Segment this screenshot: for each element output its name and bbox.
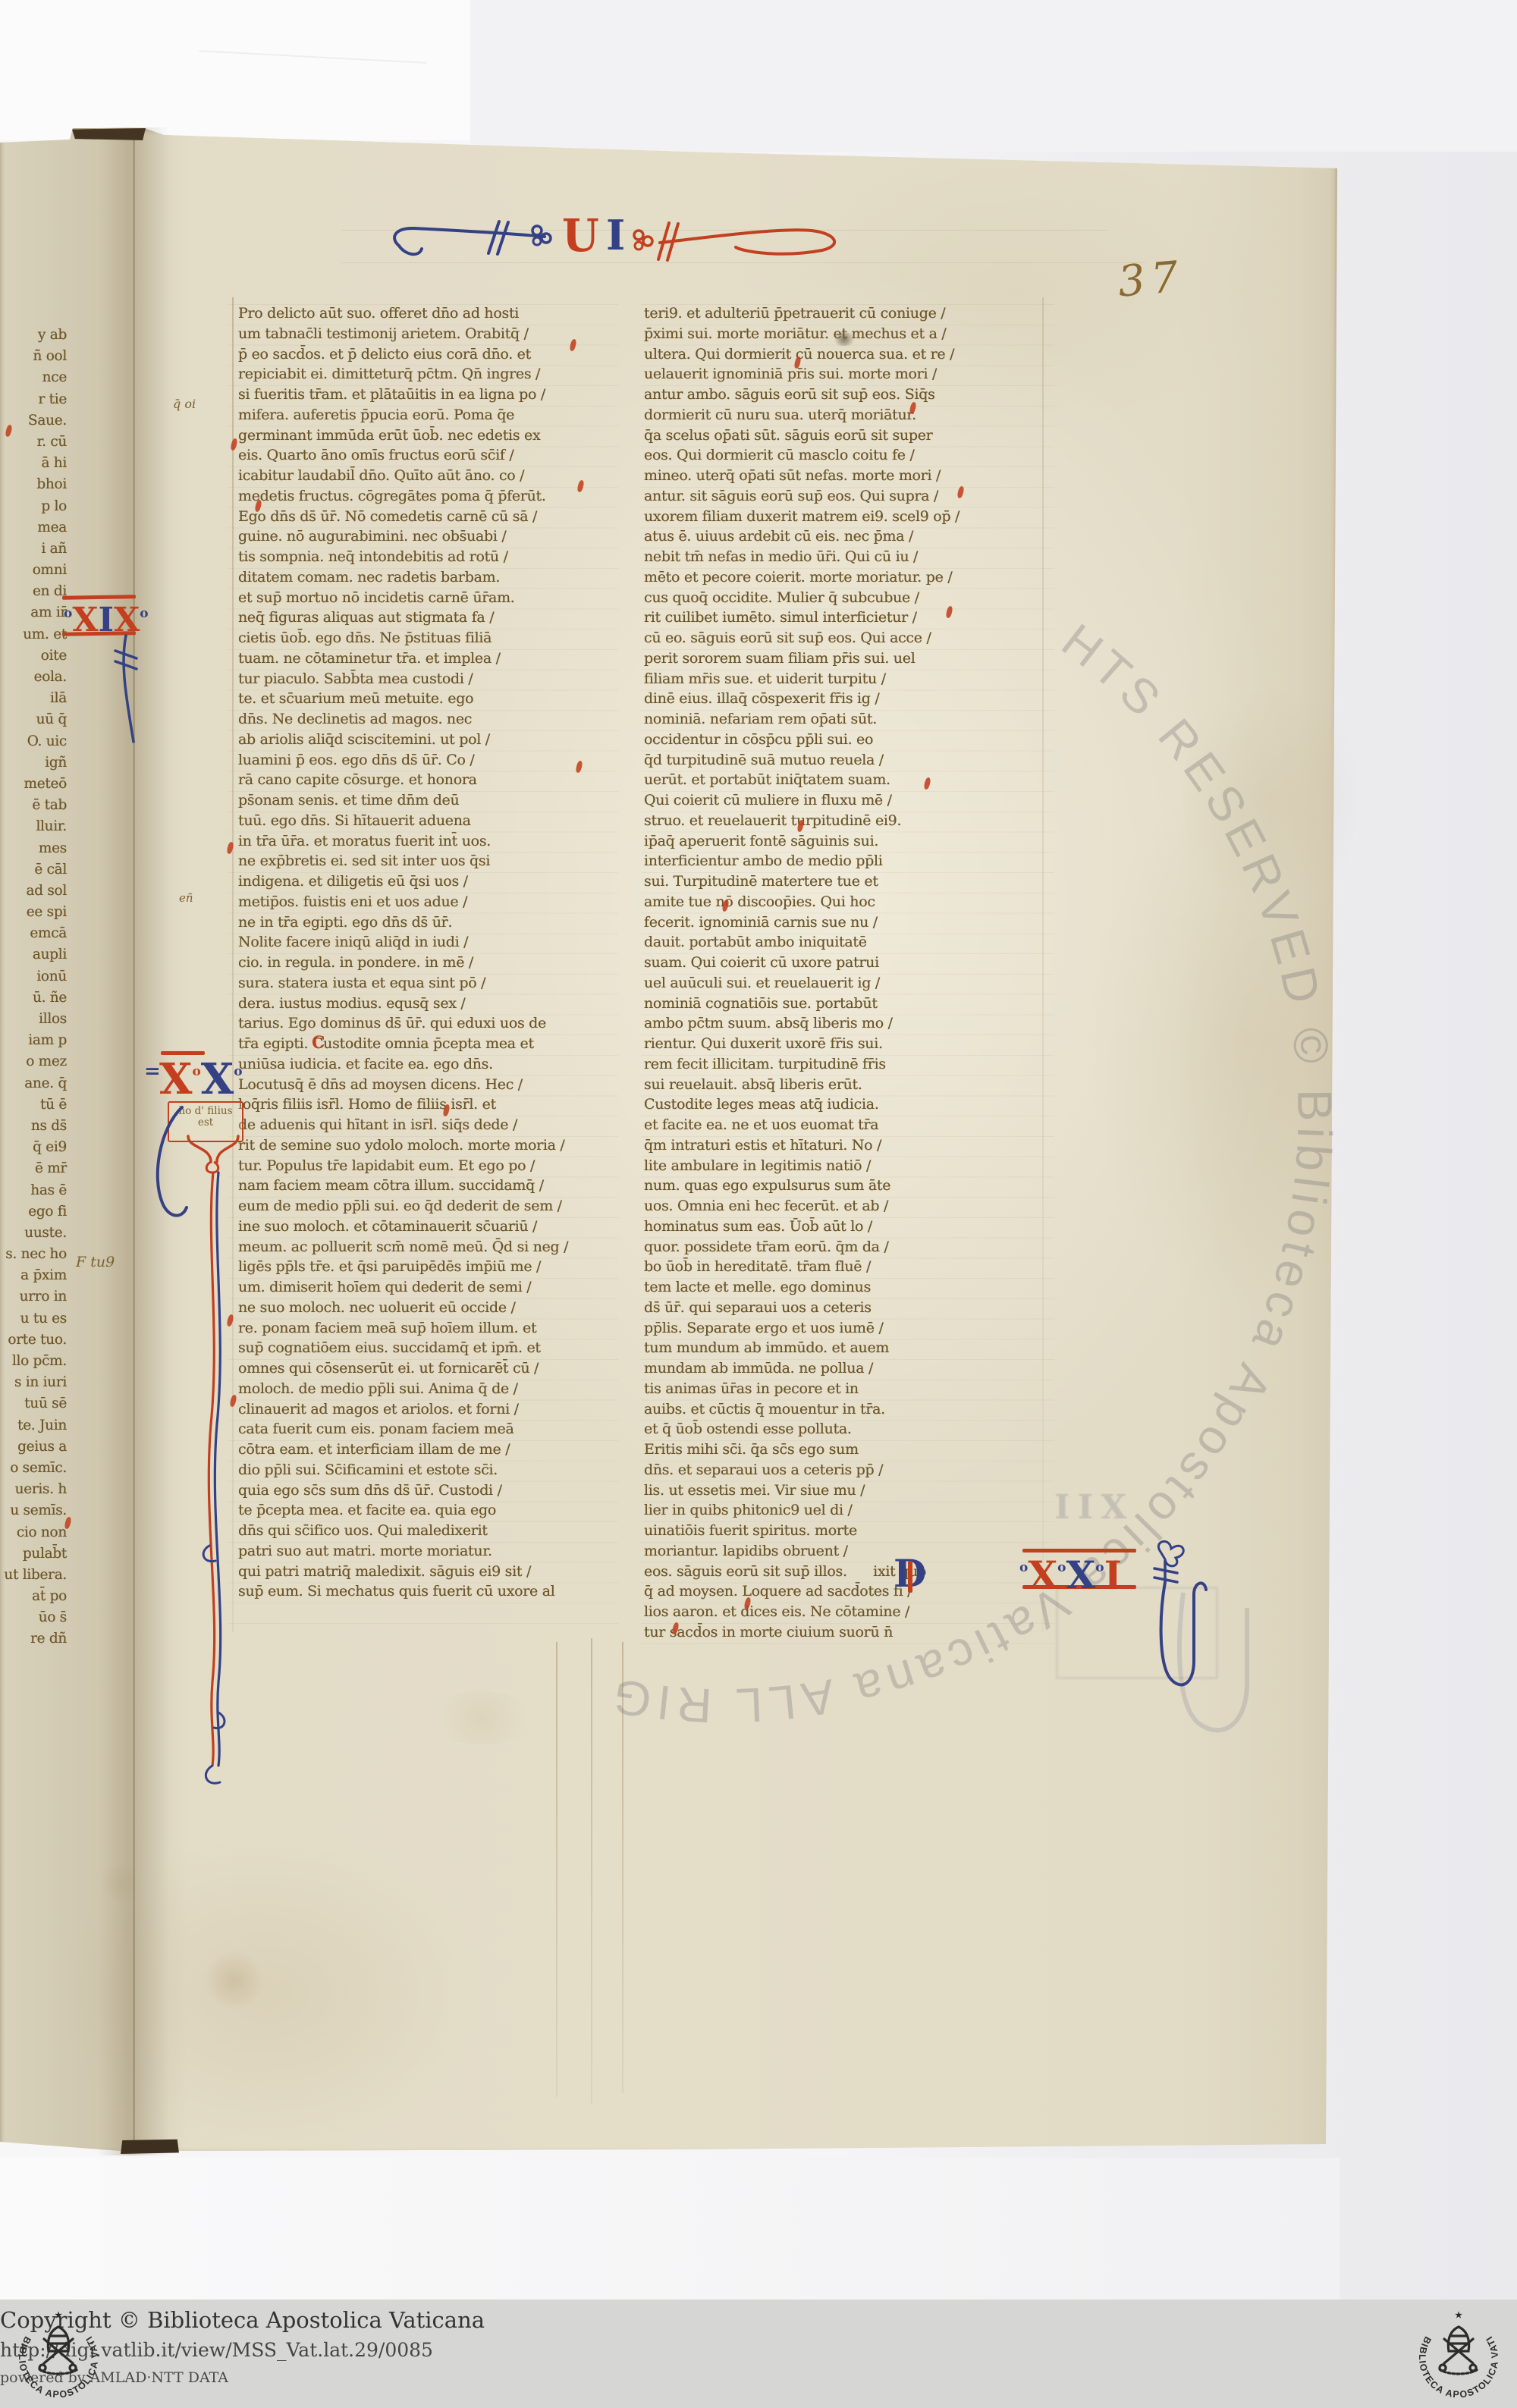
footer-powered-text: powered by AMLAD·NTT DATA xyxy=(0,2369,1517,2386)
footer-copyright-text: Copyright © Biblioteca Apostolica Vatica… xyxy=(0,2307,1517,2333)
text-line: perit sororem suam filiam pr̄is sui. uel xyxy=(644,648,1038,669)
fragment-line: en di xyxy=(0,581,67,602)
text-line: nebit tm̄ nefas in medio ūr̄i. Qui cū iu… xyxy=(644,547,1038,567)
text-line: tuū. ego dn̄s. Si hītauerit aduena xyxy=(238,811,611,831)
fragment-line: uū q̄ xyxy=(0,709,67,730)
text-line: ab ariolis aliq̄d sciscitemini. ut pol / xyxy=(238,730,611,750)
text-line: ds̄ ūr̄. qui separaui uos a ceteris xyxy=(644,1298,1038,1318)
fragment-line: mes xyxy=(0,838,67,859)
fragment-line: pulab̄t xyxy=(0,1543,67,1565)
text-line: dera. iustus modius. equsq̄ sex / xyxy=(238,994,611,1014)
text-line: tum mundum ab immūdo. et auem xyxy=(644,1338,1038,1358)
flourish-dot: o xyxy=(64,606,72,621)
chapter-letter: X xyxy=(1066,1556,1095,1594)
fragment-line: cio non xyxy=(0,1522,67,1543)
text-line: antur. sit sāguis eorū sup̄ eos. Qui sup… xyxy=(644,486,1038,507)
scan-background-top xyxy=(0,0,471,140)
text-line: sura. statera iusta et equa sint pō / xyxy=(238,973,611,994)
text-line: quia ego sc̄s sum dn̄s ds̄ ūr̄. Custodi … xyxy=(238,1480,611,1501)
previous-page-fragments: y abñ oolncer tieSaue.r. cūā hibhoip lom… xyxy=(0,325,67,1650)
fragment-line: r tie xyxy=(0,389,67,410)
text-line: num. quas ego expulsurus sum āte xyxy=(644,1176,1038,1196)
scan-background-bottom xyxy=(0,2158,1340,2302)
text-line: clinauerit ad magos et ariolos. et forni… xyxy=(238,1399,611,1420)
text-line: q̄a scelus op̄ati sūt. sāguis eorū sit s… xyxy=(644,425,1038,446)
text-line: tur piaculo. Sabb̄ta mea custodi / xyxy=(238,669,611,689)
fragment-line: u tu es xyxy=(0,1308,67,1330)
left-text-column: Pro delicto aūt suo. offeret dn̄o ad hos… xyxy=(238,303,611,1602)
fragment-line: meteō xyxy=(0,774,67,795)
gutter-crease xyxy=(133,137,135,2146)
text-line: dio pp̄li sui. Sc̄ificamini et estote sc… xyxy=(238,1460,611,1480)
fragment-line: u semīs. xyxy=(0,1500,67,1521)
fragment-line: um. et xyxy=(0,624,67,645)
scan-background-top-right xyxy=(470,0,1517,152)
text-line: re. ponam faciem meā sup̄ hoīem illum. e… xyxy=(238,1318,611,1339)
text-line: te. et sc̄uarium meū metuite. ego xyxy=(238,689,611,709)
text-line: eos. Qui dormierit cū masclo coitu fe / xyxy=(644,445,1038,466)
text-line: et sup̄ mortuo nō incidetis carnē ūr̄am. xyxy=(238,588,611,608)
fragment-line: o mez xyxy=(0,1051,67,1072)
parchment-stain xyxy=(1183,667,1358,925)
flourish-hash: = xyxy=(144,1060,161,1083)
text-line: tuam. ne cōtaminetur tr̄a. et implea / xyxy=(238,648,611,669)
fragment-line: O. uic xyxy=(0,731,67,752)
text-line: neq̄ figuras aliquas aut stigmata fa / xyxy=(238,607,611,628)
text-line: lios aaron. et dices eis. Ne cōtamine / xyxy=(644,1602,1038,1622)
fragment-line: o semīc. xyxy=(0,1458,67,1479)
fragment-line: s in iuri xyxy=(0,1372,67,1393)
text-line: atus ē. uiuus ardebit cū eis. nec p̄ma / xyxy=(644,526,1038,547)
initial-d-red-stroke xyxy=(908,1561,912,1593)
text-line: dauit. portabūt ambo iniquitatē xyxy=(644,932,1038,953)
text-line: q̄ ad moysen. Loquere ad sacd̄otes fi / xyxy=(644,1581,1038,1602)
chapter-xxi-flourish xyxy=(1144,1541,1212,1693)
text-line: ultera. Qui dormierit cū nouerca sua. et… xyxy=(644,344,1038,365)
fragment-line: oite xyxy=(0,645,67,667)
fragment-line: y ab xyxy=(0,325,67,346)
fragment-line: a p̄xim xyxy=(0,1265,67,1286)
running-title-flourish-left xyxy=(388,218,564,267)
text-line: eis. Quarto āno omīs fructus eorū sc̄if … xyxy=(238,445,611,466)
text-line: p̄ximi sui. morte moriātur. et mechus et… xyxy=(644,324,1038,344)
marginal-gloss: q̄ oi xyxy=(173,397,196,411)
right-text-column: teri9. et adulteriū p̄petrauerit cū coni… xyxy=(644,303,1038,1662)
chapter-marker-xxi: oXoXoI xyxy=(1019,1549,1122,1594)
text-line: uinatiōis fuerit spiritus. morte xyxy=(644,1521,1038,1541)
fragment-line: nce xyxy=(0,367,67,388)
text-line: ne exp̄bretis ei. sed sit inter uos q̄si xyxy=(238,851,611,871)
text-line: indigena. et diligetis eū q̄si uos / xyxy=(238,871,611,892)
text-line: mineo. uterq̄ op̄ati sūt nefas. morte mo… xyxy=(644,466,1038,486)
text-line: ambo pc̄tm suum. absq̄ liberis mo / xyxy=(644,1013,1038,1034)
chapter-letter: X xyxy=(1028,1556,1057,1594)
text-line: Pro delicto aūt suo. offeret dn̄o ad hos… xyxy=(238,303,611,324)
fragment-line: ā hi xyxy=(0,453,67,474)
svg-text:★: ★ xyxy=(55,2311,62,2320)
text-line: Nolite facere iniqū aliq̄d in iudi / xyxy=(238,932,611,953)
text-line: Qui coierit cū muliere in fluxu mē / xyxy=(644,790,1038,811)
text-line: lis. ut essetis mei. Vir siue mu / xyxy=(644,1480,1038,1501)
flourish-dot: o xyxy=(140,606,148,621)
text-line: sui reuelauit. absq̄ liberis erūt. xyxy=(644,1075,1038,1095)
fragment-line: am ir̄ xyxy=(0,602,67,623)
running-title-letter-u: U xyxy=(562,209,599,262)
chapter-marker-xix: oXIXo xyxy=(64,596,149,638)
text-line: tis sompnia. neq̄ intondebitis ad rotū / xyxy=(238,547,611,567)
text-line: cus quoq̄ occidite. Mulier q̄ subcubue / xyxy=(644,588,1038,608)
text-line: qui patri matriq̄ maledixit. sāguis ei9 … xyxy=(238,1562,611,1582)
text-line: dn̄s qui sc̄ifico uos. Qui maledixerit xyxy=(238,1521,611,1541)
text-line: nominiā cognatiōis sue. portabūt xyxy=(644,994,1038,1014)
text-line: quor. possidete tr̄am eorū. q̄m da / xyxy=(644,1237,1038,1257)
fragment-line: llo pc̄m. xyxy=(0,1351,67,1372)
fragment-line: omni xyxy=(0,560,67,581)
text-line: nam faciem meam cōtra illum. succidamq̄ … xyxy=(238,1176,611,1196)
text-line: ligēs pp̄ls tr̄e. et q̄si paruipēdēs imp… xyxy=(238,1257,611,1277)
text-line: suam. Qui coierit cū uxore patrui xyxy=(644,953,1038,973)
text-line: si fueritis tr̄am. et plātaūitis in ea l… xyxy=(238,385,611,405)
fragment-line: q̄ ei9 xyxy=(0,1137,67,1158)
flourish-dot: o xyxy=(192,1064,200,1079)
fragment-line: s. nec ho xyxy=(0,1244,67,1265)
fragment-line: re dñ xyxy=(0,1628,67,1650)
text-line: tur. Populus tr̄e lapidabit eum. Et ego … xyxy=(238,1156,611,1176)
fragment-line: urro in xyxy=(0,1286,67,1308)
fragment-line: at̄ po xyxy=(0,1586,67,1607)
text-line: q̄m intraturi estis et hītaturi. No / xyxy=(644,1135,1038,1156)
fragment-line: ūo s̄ xyxy=(0,1607,67,1628)
text-line: luamini p̄ eos. ego dn̄s ds̄ ūr̄. Co / xyxy=(238,750,611,771)
text-line: dinē eius. illaq̄ cōspexerit fr̄is ig / xyxy=(644,689,1038,709)
text-line: metip̄os. fuistis eni et uos adue / xyxy=(238,892,611,912)
text-line: meum. ac polluerit scm̄ nomē meū. Q̄d si… xyxy=(238,1237,611,1257)
text-line: auibs. et cūctis q̄ mouentur in tr̄a. xyxy=(644,1399,1038,1420)
text-line: mēto et pecore coierit. morte moriatur. … xyxy=(644,567,1038,588)
text-line: Eritis mihi sc̄i. q̄a sc̄s ego sum xyxy=(644,1439,1038,1460)
text-line: germinant immūda erūt ūob̄. nec edetis e… xyxy=(238,425,611,446)
text-line: mifera. auferetis p̄pucia eorū. Poma q̄e xyxy=(238,405,611,425)
text-line: struo. et reuelauerit turpitudinē ei9. xyxy=(644,811,1038,831)
text-line: antur ambo. sāguis eorū sit sup̄ eos. Si… xyxy=(644,385,1038,405)
text-line: de aduenis qui hītant in isr̄l. siq̄s de… xyxy=(238,1115,611,1135)
fragment-line: ē tab xyxy=(0,795,67,816)
text-line: et q̄ ūob̄ ostendi esse polluta. xyxy=(644,1419,1038,1439)
fragment-line: ñ ool xyxy=(0,346,67,367)
text-line: mundam ab immūda. ne pollua / xyxy=(644,1358,1038,1379)
text-line: loq̄ris filiis isr̄l. Homo de filiis isr… xyxy=(238,1094,611,1115)
text-line: moloch. de medio pp̄li sui. Anima q̄ de … xyxy=(238,1379,611,1399)
text-line: Custodite leges meas atq̄ iudicia. xyxy=(644,1094,1038,1115)
text-line: omnes qui cōsenserūt ei. ut fornicarēt̄ … xyxy=(238,1358,611,1379)
fragment-line: uuste. xyxy=(0,1223,67,1244)
text-line: in tr̄a ūr̄a. et moratus fuerit int̄ uos… xyxy=(238,831,611,852)
text-line: cio. in regula. in pondere. in mē / xyxy=(238,953,611,973)
chapter-xix-flourish xyxy=(115,636,146,749)
text-line: ditatem comam. nec radetis barbam. xyxy=(238,567,611,588)
chapter-letter: X xyxy=(201,1057,234,1101)
text-line: uel auūculi sui. et reuelauerit ig / xyxy=(644,973,1038,994)
parchment-stain xyxy=(97,1864,143,1902)
flourish-dot: o xyxy=(1057,1560,1066,1575)
fragment-line: ilā xyxy=(0,688,67,709)
text-line: ine suo moloch. et cōtaminauerit sc̄uari… xyxy=(238,1217,611,1237)
chapter-letter: X xyxy=(72,603,98,638)
text-line: ps̄onam senis. et time dn̄m deū xyxy=(238,790,611,811)
parchment-stain xyxy=(425,1691,539,1744)
text-line: ne suo moloch. nec uoluerit eū occide / xyxy=(238,1298,611,1318)
fragment-line: ut libera. xyxy=(0,1565,67,1586)
text-line: tur sacd̄os in morte ciuium suorū n̄ xyxy=(644,1622,1038,1643)
vatican-library-logo-left: BIBLIOTECA APOSTOLICA VATICANA ★ xyxy=(9,2303,108,2403)
vatican-library-logo-right: BIBLIOTECA APOSTOLICA VATICANA ★ xyxy=(1409,2303,1508,2403)
fragment-line: ueris. h xyxy=(0,1479,67,1500)
ruling-line xyxy=(622,1642,623,2093)
chapter-letter: X xyxy=(114,603,140,638)
text-line: uelauerit ignominiā pr̄is sui. morte mor… xyxy=(644,364,1038,385)
flourish-dot: o xyxy=(1019,1560,1028,1575)
fragment-line: illos xyxy=(0,1009,67,1030)
text-line: sup̄ eum. Si mechatus quis fuerit cū uxo… xyxy=(238,1581,611,1602)
text-line: patri suo aut matri. morte moriatur. xyxy=(238,1541,611,1562)
fragment-line: eola. xyxy=(0,667,67,688)
running-title-flourish-right xyxy=(630,217,850,270)
text-line: uos. Omnia eni hec fecerūt. et ab / xyxy=(644,1196,1038,1217)
fragment-line: orte tuo. xyxy=(0,1330,67,1351)
text-line: rem fecit illicitam. turpitudinē fr̄is xyxy=(644,1054,1038,1075)
text-line xyxy=(644,1643,1038,1663)
fragment-line: ns ds̄ xyxy=(0,1116,67,1137)
text-line: rientur. Qui duxerit uxorē fr̄is sui. xyxy=(644,1034,1038,1054)
text-line: repiciabit ei. dimitteturq̄ pc̄tm. Qn̄ i… xyxy=(238,364,611,385)
text-line: te p̄cepta mea. et facite ea. quia ego xyxy=(238,1500,611,1521)
scan-viewport: HTS RESERVED © Biblioteca Apostolica Vat… xyxy=(0,0,1517,2408)
fragment-line: tuū sē xyxy=(0,1393,67,1414)
fragment-line: ū. ñe xyxy=(0,987,67,1009)
fragment-line: ee spi xyxy=(0,902,67,923)
svg-text:★: ★ xyxy=(1455,2311,1462,2320)
text-line: uerūt. et portabūt iniq̄tatem suam. xyxy=(644,770,1038,790)
text-line: um tabnac̄li testimonij arietem. Orabitq… xyxy=(238,324,611,344)
fragment-line: ionū xyxy=(0,966,67,987)
text-line: rit cuilibet iumēto. simul interficietur… xyxy=(644,607,1038,628)
fragment-line: igñ xyxy=(0,752,67,774)
folio-number: 37 xyxy=(1116,252,1186,306)
text-line: dn̄s. Ne declinetis ad magos. nec xyxy=(238,709,611,730)
footer-url-text: http://digi.vatlib.it/view/MSS_Vat.lat.2… xyxy=(0,2339,1517,2361)
text-line: tem lacte et melle. ego dominus xyxy=(644,1277,1038,1298)
text-line: um. dimiserit hoīem qui dederit de semi … xyxy=(238,1277,611,1298)
text-line: dn̄s. et separaui uos a ceteris pp̄ / xyxy=(644,1460,1038,1480)
text-line: filiam mr̄is sue. et uiderit turpitu / xyxy=(644,669,1038,689)
text-line: hominatus sum eas. Ūob̄ aūt lo / xyxy=(644,1217,1038,1237)
running-title-letter-i: I xyxy=(606,211,625,259)
fragment-line: emcā xyxy=(0,923,67,944)
text-line: icabitur laudabil̄ dn̄o. Quīto aūt āno. … xyxy=(238,466,611,486)
text-line: sup̄ cognatiōem eius. succidamq̄ et ipm̄… xyxy=(238,1338,611,1358)
fragment-line: bhoi xyxy=(0,474,67,495)
ruling-line xyxy=(556,1642,557,2097)
fragment-line: has ē xyxy=(0,1180,67,1201)
text-line: lite ambulare in legitimis natiō / xyxy=(644,1156,1038,1176)
fragment-line: p lo xyxy=(0,496,67,517)
text-line: cū eo. sāguis eorū sit sup̄ eos. Qui acc… xyxy=(644,628,1038,648)
text-line: cata fuerit cum eis. ponam faciem meā xyxy=(238,1419,611,1439)
text-line: p̄ eo sacd̄os. et p̄ delicto eius corā d… xyxy=(238,344,611,365)
text-line: et facite ea. ne et uos euomat tr̄a xyxy=(644,1115,1038,1135)
rubric-capital-c: C xyxy=(312,1033,325,1053)
text-line: tis animas ūr̄as in pecore et in xyxy=(644,1379,1038,1399)
text-line: Locutusq̄ ē dn̄s ad moysen dicens. Hec / xyxy=(238,1075,611,1095)
text-line: nominiā. nefariam rem op̄ati sūt. xyxy=(644,709,1038,730)
fragment-line: ē cāl xyxy=(0,859,67,881)
fragment-line: aupli xyxy=(0,944,67,965)
text-line: eos. sāguis eorū sit sup̄ illos. ixit qu… xyxy=(644,1562,1038,1582)
fragment-line: geius a xyxy=(0,1436,67,1458)
text-line: dormierit cū nuru sua. uterq̄ moriātur. xyxy=(644,405,1038,425)
fragment-line: tū ē xyxy=(0,1094,67,1116)
text-line: interficientur ambo de medio pp̄li xyxy=(644,851,1038,871)
text-line: moriantur. lapidibs obruent / xyxy=(644,1541,1038,1562)
flourish-dot: o xyxy=(1095,1560,1104,1575)
text-line: bo ūob̄ in hereditatē. tr̄am fluē / xyxy=(644,1257,1038,1277)
fragment-line: ad sol xyxy=(0,881,67,902)
parchment-stain xyxy=(203,1951,264,2010)
text-line: tarius. Ego dominus ds̄ ūr̄. qui eduxi u… xyxy=(238,1013,611,1034)
fragment-line: lluir. xyxy=(0,816,67,837)
text-line: rā cano capite cōsurge. et honora xyxy=(238,770,611,790)
text-line: q̄d turpitudinē suā mutuo reuela / xyxy=(644,750,1038,771)
flourish-dot: o xyxy=(234,1064,242,1079)
fragment-line: te. Juin xyxy=(0,1415,67,1436)
binding-notch-bottom xyxy=(121,2139,179,2154)
chapter-letter: I xyxy=(1104,1556,1122,1594)
text-line: lier in quibs phitonic9 uel di / xyxy=(644,1500,1038,1521)
marginal-gloss: eñ xyxy=(179,891,193,905)
text-line: tr̄a egipti. Custodite omnia p̄cepta mea… xyxy=(238,1034,611,1054)
text-line: Ego dn̄s ds̄ ūr̄. Nō comedetis carnē cū … xyxy=(238,507,611,527)
text-line: uniūsa iudicia. et facite ea. ego dn̄s. xyxy=(238,1054,611,1075)
text-line: occidentur in cōsp̄cu pp̄li sui. eo xyxy=(644,730,1038,750)
chapter-letter: I xyxy=(98,603,114,638)
text-line: cietis ūob̄. ego dn̄s. Ne p̄stituas fili… xyxy=(238,628,611,648)
text-line: ip̄aq̄ aperuerit fontē sāguinis sui. xyxy=(644,831,1038,852)
text-line: rit de semine suo ydolo moloch. morte mo… xyxy=(238,1135,611,1156)
marginal-gloss: F tu9 xyxy=(76,1254,115,1270)
fragment-line: ego fi xyxy=(0,1201,67,1223)
fragment-line: ē mr̄ xyxy=(0,1158,67,1179)
chapter-xx-pendant-flourish xyxy=(173,1136,256,1781)
chapter-marker-xx: XoXo xyxy=(159,1050,243,1101)
text-line: ne in tr̄a egipti. ego dn̄s ds̄ ūr̄. xyxy=(238,912,611,933)
text-line: eum de medio pp̄li sui. eo q̄d dederit d… xyxy=(238,1196,611,1217)
text-line: guine. nō augurabimini. nec obs̄uabi / xyxy=(238,526,611,547)
fragment-line: mea xyxy=(0,517,67,538)
text-line: sui. Turpitudinē matertere tue et xyxy=(644,871,1038,892)
text-line: pp̄lis. Separate ergo et uos iumē / xyxy=(644,1318,1038,1339)
text-line: amite tue nō discoop̄ies. Qui hoc xyxy=(644,892,1038,912)
fragment-line: i añ xyxy=(0,538,67,560)
text-line: cōtra eam. et interficiam illam de me / xyxy=(238,1439,611,1460)
fragment-line: ane. q̄ xyxy=(0,1073,67,1094)
text-line: uxorem filiam duxerit matrem ei9. scel9 … xyxy=(644,507,1038,527)
text-line: teri9. et adulteriū p̄petrauerit cū coni… xyxy=(644,303,1038,324)
text-line: fecerit. ignominiā carnis sue nu / xyxy=(644,912,1038,933)
text-line: medetis fructus. cōgregātes poma q̄ p̄fe… xyxy=(238,486,611,507)
ruling-line xyxy=(591,1638,592,2105)
fragment-line: iam p xyxy=(0,1030,67,1051)
chapter-letter: X xyxy=(159,1057,192,1101)
show-through-numeral: IIX xyxy=(1054,1488,1134,1527)
binding-notch-top xyxy=(72,128,146,140)
